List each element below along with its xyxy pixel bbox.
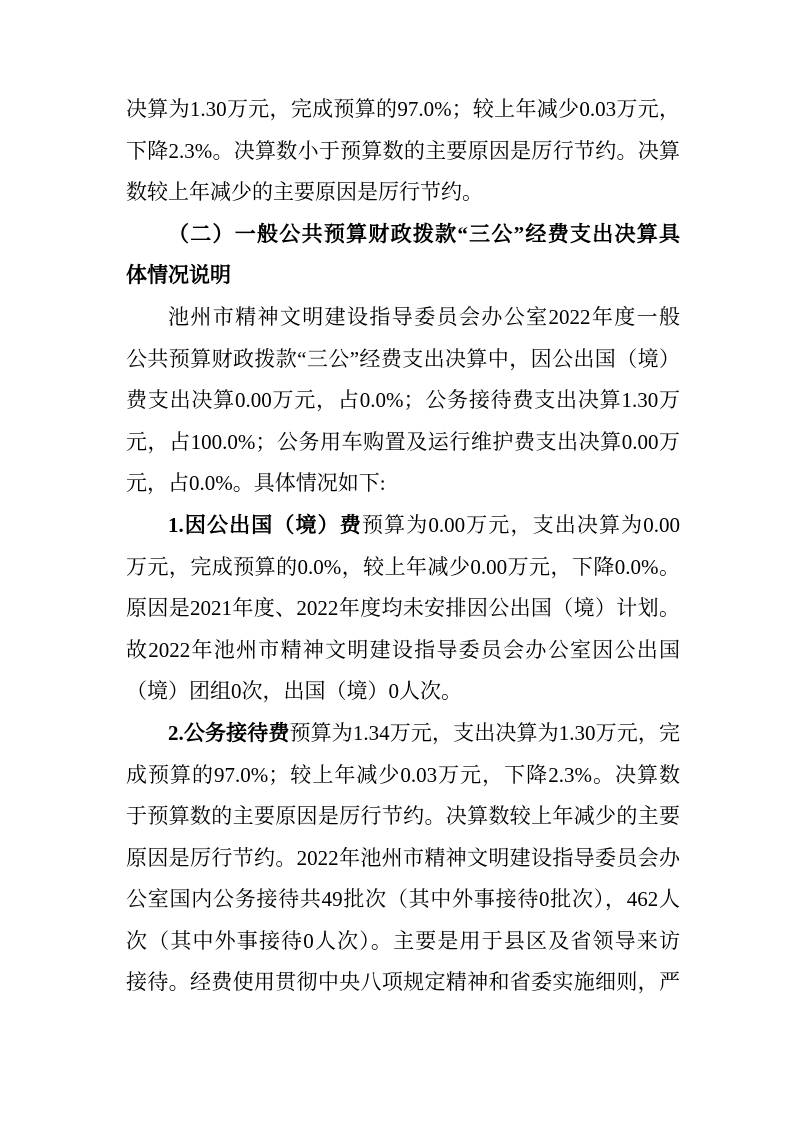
text-line: 体情况说明 bbox=[126, 255, 680, 297]
text-run: 于预算数的主要原因是厉行节约。决算数较上年减少的主要 bbox=[126, 804, 680, 828]
text-line: 次（其中外事接待0人次）。主要是用于县区及省领导来访 bbox=[126, 921, 680, 963]
text-line: 公共预算财政拨款“三公”经费支出决算中，因公出国（境） bbox=[126, 339, 680, 381]
document-text: 决算为1.30万元，完成预算的97.0%；较上年减少0.03万元，下降2.3%。… bbox=[126, 89, 680, 1004]
heading-section-two-three-public-funds: （二）一般公共预算财政拨款“三公”经费支出决算具体情况说明 bbox=[126, 214, 680, 297]
text-line: 数较上年减少的主要原因是厉行节约。 bbox=[126, 172, 680, 214]
text-run: 原因是厉行节约。2022年池州市精神文明建设指导委员会办 bbox=[126, 846, 680, 870]
text-run: 接待。经费使用贯彻中央八项规定精神和省委实施细则，严 bbox=[126, 970, 680, 994]
text-run: 成预算的97.0%；较上年减少0.03万元，下降2.3%。决算数小 bbox=[126, 763, 680, 797]
text-run: （境）团组0次，出国（境）0人次。 bbox=[126, 679, 462, 703]
text-run: 决算为1.30万元，完成预算的97.0%；较上年减少0.03万元， bbox=[126, 97, 680, 121]
text-line: 原因是2021年度、2022年度均未安排因公出国（境）计划。 bbox=[126, 588, 680, 630]
text-run: 故2022年池州市精神文明建设指导委员会办公室因公出国 bbox=[126, 638, 680, 662]
text-run: 预算为0.00万元，支出决算为0.00 bbox=[362, 513, 680, 537]
text-line: 故2022年池州市精神文明建设指导委员会办公室因公出国 bbox=[126, 630, 680, 672]
text-line: 于预算数的主要原因是厉行节约。决算数较上年减少的主要 bbox=[126, 796, 680, 838]
text-line: 公室国内公务接待共49批次（其中外事接待0批次），462人 bbox=[126, 879, 680, 921]
text-line: （境）团组0次，出国（境）0人次。 bbox=[126, 671, 680, 713]
text-run: 数较上年减少的主要原因是厉行节约。 bbox=[126, 180, 483, 204]
para-three-public-funds-overview: 池州市精神文明建设指导委员会办公室2022年度一般公共预算财政拨款“三公”经费支… bbox=[126, 297, 680, 505]
text-line: 决算为1.30万元，完成预算的97.0%；较上年减少0.03万元， bbox=[126, 89, 680, 131]
text-run: 原因是2021年度、2022年度均未安排因公出国（境）计划。 bbox=[126, 596, 680, 620]
text-line: 费支出决算0.00万元，占0.0%；公务接待费支出决算1.30万 bbox=[126, 380, 680, 422]
bold-text-run: 体情况说明 bbox=[126, 263, 231, 287]
bold-text-run: （二）一般公共预算财政拨款“三公”经费支出决算具 bbox=[168, 222, 680, 246]
text-run: 元，占0.0%。具体情况如下: bbox=[126, 471, 386, 495]
bold-text-run: 2.公务接待费 bbox=[168, 721, 290, 745]
text-run: 公室国内公务接待共49批次（其中外事接待0批次），462人 bbox=[126, 887, 680, 911]
text-run: 元，占100.0%；公务用车购置及运行维护费支出决算0.00万 bbox=[126, 430, 680, 454]
text-line: 原因是厉行节约。2022年池州市精神文明建设指导委员会办 bbox=[126, 838, 680, 880]
text-line: 成预算的97.0%；较上年减少0.03万元，下降2.3%。决算数小 bbox=[126, 755, 680, 797]
text-line: （二）一般公共预算财政拨款“三公”经费支出决算具 bbox=[126, 214, 680, 256]
text-line: 池州市精神文明建设指导委员会办公室2022年度一般 bbox=[126, 297, 680, 339]
text-line: 1.因公出国（境）费预算为0.00万元，支出决算为0.00 bbox=[126, 505, 680, 547]
para-reception-budget-continued: 决算为1.30万元，完成预算的97.0%；较上年减少0.03万元，下降2.3%。… bbox=[126, 89, 680, 214]
text-run: 费支出决算0.00万元，占0.0%；公务接待费支出决算1.30万 bbox=[126, 388, 680, 412]
text-line: 元，占100.0%；公务用车购置及运行维护费支出决算0.00万 bbox=[126, 422, 680, 464]
text-line: 元，占0.0%。具体情况如下: bbox=[126, 463, 680, 505]
text-run: 公共预算财政拨款“三公”经费支出决算中，因公出国（境） bbox=[126, 347, 680, 371]
text-line: 万元，完成预算的0.0%，较上年减少0.00万元，下降0.0%。 bbox=[126, 547, 680, 589]
text-run: 次（其中外事接待0人次）。主要是用于县区及省领导来访 bbox=[126, 929, 680, 953]
text-run: 万元，完成预算的0.0%，较上年减少0.00万元，下降0.0%。 bbox=[126, 555, 680, 579]
text-line: 下降2.3%。决算数小于预算数的主要原因是厉行节约。决算 bbox=[126, 131, 680, 173]
text-run: 池州市精神文明建设指导委员会办公室2022年度一般 bbox=[168, 305, 680, 329]
bold-text-run: 1.因公出国（境）费 bbox=[168, 513, 362, 537]
document-page: 决算为1.30万元，完成预算的97.0%；较上年减少0.03万元，下降2.3%。… bbox=[0, 0, 800, 1131]
text-line: 2.公务接待费预算为1.34万元，支出决算为1.30万元，完 bbox=[126, 713, 680, 755]
text-run: 预算为1.34万元，支出决算为1.30万元，完 bbox=[290, 721, 681, 745]
text-line: 接待。经费使用贯彻中央八项规定精神和省委实施细则，严 bbox=[126, 962, 680, 1004]
para-item-2-official-reception-expense: 2.公务接待费预算为1.34万元，支出决算为1.30万元，完成预算的97.0%；… bbox=[126, 713, 680, 1004]
para-item-1-overseas-travel-expense: 1.因公出国（境）费预算为0.00万元，支出决算为0.00万元，完成预算的0.0… bbox=[126, 505, 680, 713]
text-run: 下降2.3%。决算数小于预算数的主要原因是厉行节约。决算 bbox=[126, 139, 680, 163]
